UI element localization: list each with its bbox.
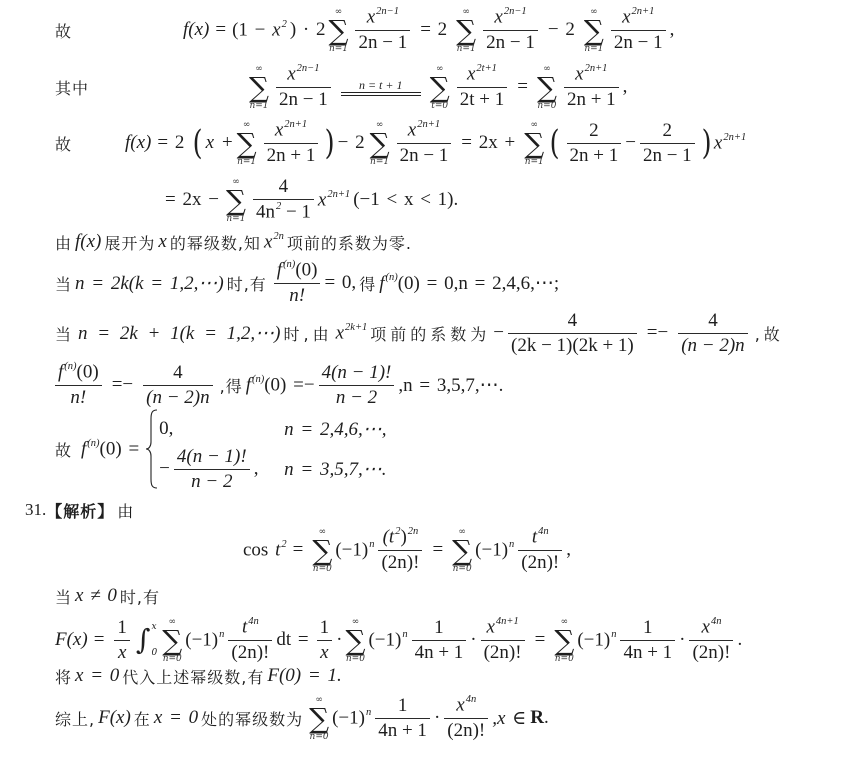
sum-lower-limit: n=1 bbox=[329, 44, 348, 54]
math-fx: f(x) bbox=[75, 231, 101, 253]
numerator: x4n+1 bbox=[483, 616, 521, 639]
summation: ∞∑n=0 bbox=[452, 527, 472, 574]
fraction: x2n+12n − 1 bbox=[611, 6, 666, 53]
math-x: x bbox=[158, 231, 166, 253]
denominator: 4n + 1 bbox=[412, 640, 467, 664]
sum-lower-limit: n=1 bbox=[525, 157, 544, 167]
fraction: 14n + 1 bbox=[412, 617, 467, 664]
line-cos-series: cos t2 = ∞∑n=0 (−1)n (t2)2n(2n)! = ∞∑n=0… bbox=[243, 520, 571, 580]
sign-base: (−1) bbox=[335, 539, 368, 560]
sum-lower-limit: n=0 bbox=[453, 564, 472, 574]
big-right-paren: ) bbox=[325, 126, 335, 160]
text: 当 bbox=[55, 272, 72, 295]
exponent: 2n+1 bbox=[632, 6, 655, 17]
numerator: 1 bbox=[114, 617, 130, 640]
numerator-base: x bbox=[367, 7, 375, 28]
numerator: x4n bbox=[453, 694, 479, 717]
fraction: 4(2k − 1)(2k + 1) bbox=[508, 310, 637, 357]
exponent: n bbox=[402, 629, 407, 640]
derivative-base: f bbox=[58, 362, 63, 383]
numerator: x2t+1 bbox=[464, 63, 500, 86]
punctuation: , bbox=[254, 458, 259, 480]
line-f-combined: 故 f(x) = 2 ( x + ∞∑n=1 x2n+12n + 1 ) − 2… bbox=[55, 113, 746, 173]
fraction: 4(n − 1)!n − 2 bbox=[319, 362, 395, 409]
cases-table: 0, n = 2,4,6,⋯, − 4(n − 1)!n − 2 , n = 3… bbox=[159, 409, 386, 489]
exponent: n bbox=[369, 539, 374, 550]
minus-sign: − bbox=[159, 458, 170, 480]
denominator: 2n + 1 bbox=[567, 143, 622, 167]
substitution-label: n = t + 1 bbox=[353, 78, 409, 92]
derivative-order: (n) bbox=[385, 272, 397, 283]
numerator-part: ) bbox=[400, 527, 406, 548]
sigma-symbol: ∑ bbox=[524, 130, 544, 157]
derivative-rest: (0) = bbox=[100, 438, 140, 459]
exponent: 2n+1 bbox=[417, 119, 440, 130]
domain-prefix: ,x ∈ bbox=[492, 707, 526, 730]
fraction: x2n−12n − 1 bbox=[355, 6, 410, 53]
sigma-symbol: ∑ bbox=[328, 17, 348, 44]
fraction: 14n + 1 bbox=[375, 695, 430, 742]
sigma-symbol: ∑ bbox=[370, 130, 390, 157]
math-condition: x ≠ 0 bbox=[75, 585, 117, 607]
derivative-order: (n) bbox=[87, 438, 99, 449]
exponent: 4n+1 bbox=[496, 616, 519, 627]
minus-sign: − bbox=[493, 322, 504, 344]
numerator-base: t bbox=[532, 527, 537, 548]
numerator: 4(n − 1)! bbox=[174, 446, 250, 469]
summation: ∞∑n=0 bbox=[345, 617, 365, 664]
double-line bbox=[341, 92, 421, 96]
variable-x: x bbox=[272, 19, 280, 40]
sigma-symbol: ∑ bbox=[452, 537, 472, 564]
line-f-expansion: 故 f(x) = (1 − x2) · 2 ∞∑n=1 x2n−12n − 1 … bbox=[55, 0, 674, 60]
exponent: 2n−1 bbox=[376, 6, 399, 17]
derivative-base: f bbox=[81, 438, 86, 459]
sigma-symbol: ∑ bbox=[537, 74, 557, 101]
math-result: F(0) = 1. bbox=[267, 665, 341, 687]
summation: ∞∑n=0 bbox=[309, 695, 329, 742]
sigma-symbol: ∑ bbox=[456, 17, 476, 44]
function-lhs: f(x) bbox=[125, 132, 151, 154]
denominator: (n − 2)n bbox=[678, 333, 747, 357]
fraction: 4(n − 1)!n − 2 bbox=[174, 446, 250, 493]
big-right-paren: ) bbox=[701, 126, 711, 160]
analysis-tag: 【解析】 bbox=[46, 499, 114, 522]
text: 处的幂级数为 bbox=[201, 707, 303, 730]
math-condition: x = 0 bbox=[75, 665, 119, 687]
numerator: x2n−1 bbox=[284, 63, 322, 86]
derivative-order: (n) bbox=[64, 361, 76, 372]
math-condition: n = 2k(k = 1,2,⋯) bbox=[75, 272, 224, 295]
x-plus: x + bbox=[206, 132, 234, 154]
summation: ∞∑n=1 bbox=[370, 120, 390, 167]
exponent: 2n bbox=[273, 231, 284, 242]
fraction: (t2)2n(2n)! bbox=[378, 526, 422, 573]
sigma-symbol: ∑ bbox=[584, 17, 604, 44]
exponent: 2t+1 bbox=[476, 63, 497, 74]
sum-lower-limit: n=1 bbox=[457, 44, 476, 54]
fraction: x4n+1(2n)! bbox=[481, 616, 525, 663]
variable-t: t bbox=[275, 539, 280, 560]
text: 时,有 bbox=[227, 272, 267, 295]
line-odd-case: 当 n = 2k + 1(k = 1,2,⋯) 时,由 x2k+1 项前的系数为… bbox=[55, 303, 787, 363]
summation: ∞∑n=0 bbox=[554, 617, 574, 664]
text: ,得 bbox=[220, 374, 243, 397]
big-left-paren: ( bbox=[193, 126, 203, 160]
denominator: 2t + 1 bbox=[457, 87, 508, 111]
power-base: x bbox=[336, 322, 344, 343]
exponent: 2n+1 bbox=[723, 132, 746, 143]
cos-lhs: cos t2 bbox=[243, 539, 287, 561]
derivative-order: (n) bbox=[252, 374, 264, 385]
fraction: x4n(2n)! bbox=[689, 616, 733, 663]
equals-sign: = bbox=[432, 539, 443, 561]
sum-lower-limit: n=1 bbox=[237, 157, 256, 167]
numerator: x2n+1 bbox=[272, 119, 310, 142]
numerator: f(n)(0) bbox=[55, 361, 102, 384]
equals-minus: =− bbox=[112, 374, 133, 396]
fraction: x2n−12n − 1 bbox=[276, 63, 331, 110]
sigma-symbol: ∑ bbox=[249, 74, 269, 101]
sigma-symbol: ∑ bbox=[430, 74, 450, 101]
punctuation: . bbox=[737, 629, 742, 651]
equals-sign: = bbox=[293, 539, 304, 561]
line-index-shift: 其中 ∞∑n=1 x2n−12n − 1 n = t + 1 ∞∑t=0 x2t… bbox=[55, 57, 627, 117]
denominator: (2n)! bbox=[481, 640, 525, 664]
fraction: 4(n − 2)n bbox=[143, 362, 212, 409]
equals-2x-minus: = 2x − bbox=[165, 189, 219, 211]
fraction: f(n)(0)n! bbox=[274, 259, 321, 306]
sum-lower-limit: n=1 bbox=[584, 44, 603, 54]
case-1-condition: n = 2,4,6,⋯, bbox=[284, 418, 386, 441]
sum-lower-limit: n=0 bbox=[555, 654, 574, 664]
denominator: (2k − 1)(2k + 1) bbox=[508, 333, 637, 357]
numerator: t4n bbox=[239, 616, 262, 639]
case-condition: n = 2,4,6,⋯, bbox=[284, 418, 386, 441]
derivative-order: (n) bbox=[283, 259, 295, 270]
derivative-rest: (0) =− bbox=[264, 374, 314, 395]
integral-upper: x bbox=[152, 622, 158, 632]
numerator-base: x bbox=[456, 695, 464, 716]
text: 项前的系数为 bbox=[370, 322, 490, 345]
denominator: (2n)! bbox=[378, 550, 422, 574]
power-base: x bbox=[264, 231, 272, 252]
numerator-base: t bbox=[242, 617, 247, 638]
text: 时,由 bbox=[284, 322, 333, 345]
multiply-dot: · bbox=[679, 629, 685, 651]
sum-lower-limit: n=1 bbox=[249, 101, 268, 111]
equals-two: = 2 bbox=[157, 132, 184, 154]
exponent: 2 bbox=[281, 539, 286, 550]
summation: ∞∑n=1 bbox=[456, 7, 476, 54]
denominator: (2n)! bbox=[689, 640, 733, 664]
equals-zero: = 0, bbox=[324, 272, 356, 294]
numerator: 4(n − 1)! bbox=[319, 362, 395, 385]
sigma-symbol: ∑ bbox=[554, 627, 574, 654]
line-label: 故 bbox=[55, 438, 72, 461]
exponent: 2n bbox=[408, 526, 419, 537]
exponent: 2n+1 bbox=[585, 63, 608, 74]
numerator: 1 bbox=[317, 617, 333, 640]
sum-lower-limit: n=0 bbox=[537, 101, 556, 111]
case-2-value: − 4(n − 1)!n − 2 , bbox=[159, 446, 284, 493]
denominator: 2n − 1 bbox=[397, 143, 452, 167]
exponent: n bbox=[611, 629, 616, 640]
numerator: 4 bbox=[705, 310, 721, 333]
power-term: x2n+1 bbox=[714, 132, 746, 154]
numerator: 1 bbox=[431, 617, 447, 640]
sign-base: (−1) bbox=[577, 629, 610, 650]
derivative-base: f bbox=[379, 273, 384, 294]
exponent: n bbox=[219, 629, 224, 640]
text: 当 bbox=[55, 322, 75, 345]
sigma-symbol: ∑ bbox=[312, 537, 332, 564]
text: 综上, bbox=[55, 707, 95, 730]
line-label: 故 bbox=[55, 19, 183, 42]
alternating-sign: (−1)n bbox=[368, 629, 407, 651]
alternating-sign: (−1)n bbox=[335, 539, 374, 561]
summation: ∞∑n=1 bbox=[249, 64, 269, 111]
summation: ∞∑n=0 bbox=[312, 527, 332, 574]
problem-number: 31. bbox=[25, 500, 46, 520]
summation: ∞∑n=1 bbox=[237, 120, 257, 167]
derivative-rest: (0) = 0,n = 2,4,6,⋯; bbox=[398, 273, 559, 294]
denominator: 4n + 1 bbox=[620, 640, 675, 664]
minus-two: − 2 bbox=[548, 19, 575, 41]
math-Fx: F(x) bbox=[98, 707, 131, 729]
exponent: 2n+1 bbox=[327, 189, 350, 200]
sum-lower-limit: n=1 bbox=[370, 157, 389, 167]
derivative-base: f bbox=[246, 374, 251, 395]
text: 得 bbox=[359, 272, 376, 295]
minus-two: − 2 bbox=[338, 132, 365, 154]
equals-sign: = bbox=[215, 19, 226, 41]
power-base: x bbox=[714, 132, 722, 153]
denominator: 2n − 1 bbox=[276, 87, 331, 111]
fraction: x2n+12n + 1 bbox=[564, 63, 619, 110]
power-term: x2k+1 bbox=[336, 322, 368, 344]
denominator: 2n + 1 bbox=[264, 143, 319, 167]
index-set: ,n = 3,5,7,⋯. bbox=[398, 374, 503, 397]
numerator: 4 bbox=[276, 176, 292, 199]
fraction: x2n−12n − 1 bbox=[483, 6, 538, 53]
fraction: t4n(2n)! bbox=[518, 526, 562, 573]
text: 由 bbox=[117, 499, 134, 522]
derivative-statement: f(n)(0) = 0,n = 2,4,6,⋯; bbox=[379, 272, 559, 295]
numerator-base: x bbox=[408, 120, 416, 141]
denominator: 2n − 1 bbox=[640, 143, 695, 167]
math-condition: x = 0 bbox=[154, 707, 198, 729]
derivative-base: f bbox=[277, 260, 282, 281]
numerator: t4n bbox=[529, 526, 552, 549]
numerator: 4 bbox=[170, 362, 186, 385]
denominator: 2n − 1 bbox=[483, 30, 538, 54]
exponent: 2n−1 bbox=[504, 6, 527, 17]
fraction: x4n(2n)! bbox=[444, 694, 488, 741]
denominator: 4n + 1 bbox=[375, 718, 430, 742]
power-base: x bbox=[318, 189, 326, 210]
punctuation: , bbox=[623, 76, 628, 98]
numerator: x2n+1 bbox=[619, 6, 657, 29]
factor-expression: (1 − x2) · 2 bbox=[232, 19, 325, 41]
fraction: x2n+12n + 1 bbox=[264, 119, 319, 166]
alternating-sign: (−1)n bbox=[332, 707, 371, 729]
numerator-base: x bbox=[575, 64, 583, 85]
power-term: x2n+1 bbox=[318, 189, 350, 211]
text: 代入上述幂级数,有 bbox=[122, 665, 264, 688]
numerator: 1 bbox=[640, 617, 656, 640]
text: 项前的系数为零. bbox=[287, 231, 412, 254]
case-1-value: 0, bbox=[159, 418, 284, 440]
exponent: n bbox=[366, 707, 371, 718]
big-left-paren: ( bbox=[550, 126, 560, 160]
numerator: 2 bbox=[660, 120, 676, 143]
sigma-symbol: ∑ bbox=[309, 705, 329, 732]
fraction: 22n − 1 bbox=[640, 120, 695, 167]
text: 当 bbox=[55, 585, 72, 608]
case-condition: n = 3,5,7,⋯. bbox=[284, 458, 386, 481]
exponent: 4n bbox=[248, 616, 259, 627]
exponent: 2 bbox=[282, 19, 287, 30]
numerator: f(n)(0) bbox=[274, 259, 321, 282]
punctuation: , bbox=[670, 19, 675, 41]
numerator: x2n−1 bbox=[364, 6, 402, 29]
derivative-lhs: f(n)(0) = bbox=[81, 438, 139, 460]
sum-lower-limit: t=0 bbox=[431, 101, 448, 111]
summation: ∞∑n=1 bbox=[584, 7, 604, 54]
text: 时,有 bbox=[120, 585, 160, 608]
power-term: x2n bbox=[264, 231, 284, 253]
text: 展开为 bbox=[104, 231, 155, 254]
numerator-base: x bbox=[287, 64, 295, 85]
problem-31-heading: 31. 【解析】 由 bbox=[25, 480, 137, 540]
fraction: 22n + 1 bbox=[567, 120, 622, 167]
alternating-sign: (−1)n bbox=[577, 629, 616, 651]
fraction: x2n+12n − 1 bbox=[397, 119, 452, 166]
numerator: 1 bbox=[395, 695, 411, 718]
denominator: 2n + 1 bbox=[564, 87, 619, 111]
line-label: 故 bbox=[55, 132, 125, 155]
equals-2x-plus: = 2x + bbox=[461, 132, 515, 154]
numerator: x2n−1 bbox=[491, 6, 529, 29]
alternating-sign: (−1)n bbox=[475, 539, 514, 561]
left-brace-icon bbox=[145, 409, 159, 489]
exponent: 4n bbox=[466, 694, 477, 705]
summation: ∞∑n=1 bbox=[328, 7, 348, 54]
text: 将 bbox=[55, 665, 72, 688]
summation: ∞∑n=1 bbox=[524, 120, 544, 167]
derivative-statement: f(n)(0) =− bbox=[246, 374, 315, 396]
line-conclusion: 综上, F(x) 在 x = 0 处的幂级数为 ∞∑n=0 (−1)n 14n … bbox=[55, 688, 549, 748]
exponent: 4n bbox=[711, 616, 722, 627]
numerator: x4n bbox=[699, 616, 725, 639]
numerator-base: x bbox=[494, 7, 502, 28]
denominator: 2n − 1 bbox=[611, 30, 666, 54]
numerator-base: x bbox=[486, 617, 494, 638]
line-label: 其中 bbox=[55, 76, 246, 99]
sigma-symbol: ∑ bbox=[226, 187, 246, 214]
sigma-symbol: ∑ bbox=[345, 627, 365, 654]
sum-lower-limit: n=0 bbox=[313, 564, 332, 574]
sign-base: (−1) bbox=[332, 707, 365, 728]
denominator: (2n)! bbox=[518, 550, 562, 574]
text: 在 bbox=[134, 707, 151, 730]
substitution-equals: n = t + 1 bbox=[341, 78, 421, 96]
exponent: 2n+1 bbox=[284, 119, 307, 130]
sum-lower-limit: n=0 bbox=[310, 732, 329, 742]
fraction: 4(n − 2)n bbox=[678, 310, 747, 357]
equals-sign: = bbox=[535, 629, 546, 651]
numerator: 2 bbox=[586, 120, 602, 143]
numerator: x2n+1 bbox=[405, 119, 443, 142]
text: 由 bbox=[55, 231, 72, 254]
fraction: x2t+12t + 1 bbox=[457, 63, 508, 110]
summation: ∞∑t=0 bbox=[430, 64, 450, 111]
numerator-base: x bbox=[275, 120, 283, 141]
punctuation: . bbox=[544, 707, 549, 729]
numerator: x2n+1 bbox=[572, 63, 610, 86]
multiply-dot: · bbox=[470, 629, 476, 651]
summation: ∞∑n=0 bbox=[537, 64, 557, 111]
numerator-base: x bbox=[467, 64, 475, 85]
equals-sign: = bbox=[517, 76, 528, 98]
sign-base: (−1) bbox=[368, 629, 401, 650]
exponent: 2n−1 bbox=[297, 63, 320, 74]
numerator-part: (t bbox=[383, 527, 395, 548]
sum-lower-limit: n=0 bbox=[346, 654, 365, 664]
case-value: 0, bbox=[159, 418, 173, 440]
convergence-domain: (−1 < x < 1). bbox=[353, 189, 458, 211]
fraction: 14n + 1 bbox=[620, 617, 675, 664]
punctuation: , bbox=[566, 539, 571, 561]
text: ,故 bbox=[755, 322, 784, 345]
exponent: n bbox=[509, 539, 514, 550]
reals-symbol: R bbox=[530, 707, 544, 729]
denominator: (2n)! bbox=[444, 718, 488, 742]
numerator-base: x bbox=[622, 7, 630, 28]
derivative-arg: (0) bbox=[295, 260, 317, 281]
sign-base: (−1) bbox=[475, 539, 508, 560]
numerator-base: x bbox=[702, 617, 710, 638]
numerator: 4 bbox=[565, 310, 581, 333]
paren-close: ) · 2 bbox=[290, 19, 326, 40]
case-2-condition: n = 3,5,7,⋯. bbox=[284, 458, 386, 481]
function-lhs: f(x) bbox=[183, 19, 209, 41]
cos-function: cos bbox=[243, 539, 268, 560]
exponent: 2k+1 bbox=[345, 322, 367, 333]
equals-two: = 2 bbox=[420, 19, 447, 41]
derivative-arg: (0) bbox=[77, 362, 99, 383]
text: 的幂级数,知 bbox=[170, 231, 261, 254]
equals-minus: =− bbox=[647, 322, 668, 344]
sigma-symbol: ∑ bbox=[237, 130, 257, 157]
numerator: (t2)2n bbox=[380, 526, 422, 549]
minus-sign: − bbox=[625, 132, 636, 154]
denominator: n − 2 bbox=[174, 469, 250, 493]
denominator: 2n − 1 bbox=[355, 30, 410, 54]
multiply-dot: · bbox=[434, 707, 440, 729]
fraction: f(n)(0)n! bbox=[55, 361, 102, 408]
math-condition: n = 2k + 1(k = 1,2,⋯) bbox=[78, 322, 280, 345]
paren-open: (1 − bbox=[232, 19, 265, 40]
exponent: 4n bbox=[538, 526, 549, 537]
